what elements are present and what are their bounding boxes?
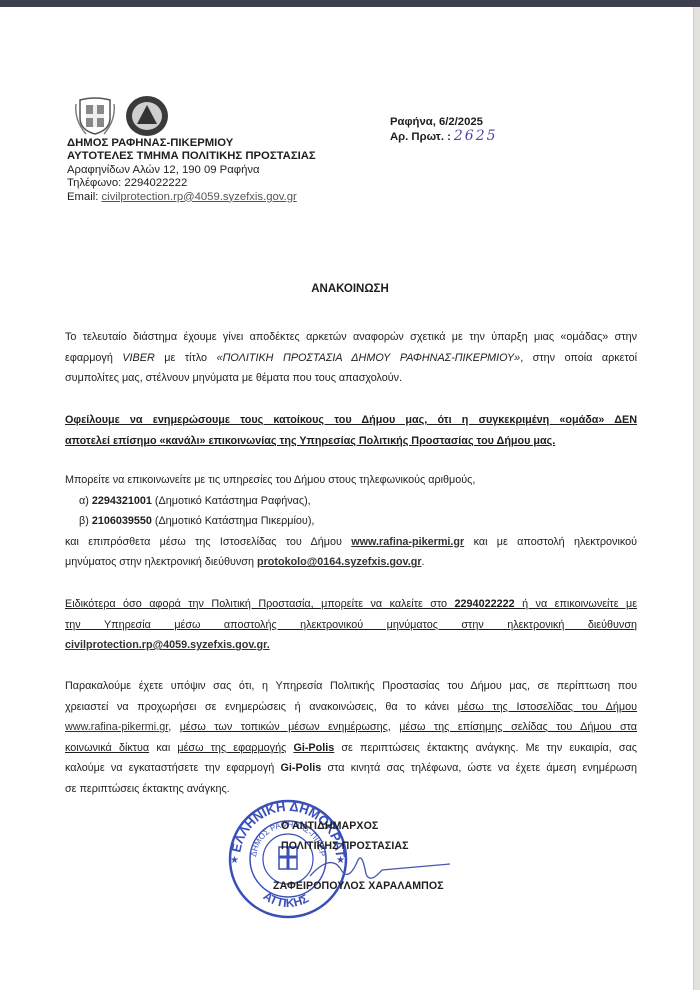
phone-pikermi: 2106039550 bbox=[92, 515, 152, 527]
item-prefix: α) bbox=[79, 495, 89, 507]
text: , bbox=[388, 721, 391, 733]
protocol-line: Αρ. Πρωτ. :2625 bbox=[390, 130, 498, 145]
text: και επιπρόσθετα μέσω της Ιστοσελίδας του… bbox=[65, 536, 342, 548]
protocol-email-link[interactable]: protokolo@0164.syzefxis.gov.gr bbox=[257, 556, 422, 568]
header-logos bbox=[72, 94, 170, 138]
p5-line-4: κοινωνικά δίκτυα και μέσω της εφαρμογής … bbox=[65, 738, 637, 759]
paragraph-viber-reports: Το τελευταίο διάστημα έχουμε γίνει αποδέ… bbox=[65, 327, 637, 389]
letterhead: ΔΗΜΟΣ ΡΑΦΗΝΑΣ-ΠΙΚΕΡΜΙΟΥ ΑΥΤΟΤΕΛΕΣ ΤΜΗΜΑ … bbox=[67, 137, 316, 204]
p3-line-5: μηνύματος στην ηλεκτρονική διεύθυνση pro… bbox=[65, 552, 637, 573]
p1-line-3: συμπολίτες μας, στέλνουν μηνύματα με θέμ… bbox=[65, 368, 637, 389]
p5-line-5: καλούμε να εγκαταστήσετε την εφαρμογή Gi… bbox=[65, 758, 637, 779]
phone-number: 2294022222 bbox=[124, 177, 187, 189]
document-title: ΑΝΑΚΟΙΝΩΣΗ bbox=[0, 283, 700, 295]
municipality-name: ΔΗΜΟΣ ΡΑΦΗΝΑΣ-ΠΙΚΕΡΜΙΟΥ bbox=[67, 137, 316, 150]
text: και με αποστολή ηλεκτρονικού bbox=[474, 536, 637, 548]
p3-intro: Μπορείτε να επικοινωνείτε με τις υπηρεσί… bbox=[65, 470, 637, 491]
email-link[interactable]: civilprotection.rp@4059.syzefxis.gov.gr bbox=[102, 191, 297, 203]
text: . bbox=[422, 556, 425, 568]
protocol-number-handwritten: 2625 bbox=[454, 128, 498, 144]
paragraph-contact-numbers: Μπορείτε να επικοινωνείτε με τις υπηρεσί… bbox=[65, 470, 637, 573]
department-name: ΑΥΤΟΤΕΛΕΣ ΤΜΗΜΑ ΠΟΛΙΤΙΚΗΣ ΠΡΟΣΤΑΣΙΑΣ bbox=[67, 150, 316, 163]
date-protocol-block: Ραφήνα, 6/2/2025 Αρ. Πρωτ. :2625 bbox=[390, 116, 498, 144]
p5-line-2: χρειαστεί να προχωρήσει σε ενημερώσεις ή… bbox=[65, 697, 637, 718]
svg-text:★: ★ bbox=[230, 855, 239, 866]
contact-item-pikermi: β) 2106039550 (Δημοτικό Κατάστημα Πικερμ… bbox=[65, 511, 637, 532]
website-link[interactable]: www.rafina-pikermi.gr bbox=[351, 536, 464, 548]
text: , bbox=[311, 598, 321, 610]
p5-line-3: www.rafina-pikermi.gr, μέσω των τοπικών … bbox=[65, 717, 637, 738]
item-desc: (Δημοτικό Κατάστημα Πικερμίου), bbox=[155, 515, 315, 527]
text: Ειδικότερα όσο αφορά την Πολιτική Προστα… bbox=[65, 598, 311, 610]
text: μέσω της επίσημης σελίδας του Δήμου στα bbox=[399, 721, 637, 733]
p4-line-1: Ειδικότερα όσο αφορά την Πολιτική Προστα… bbox=[65, 594, 637, 615]
p5-line-1: Παρακαλούμε έχετε υπόψιν σας ότι, η Υπηρ… bbox=[65, 676, 637, 697]
p5-line-6: σε περιπτώσεις έκτακτης ανάγκης. bbox=[65, 779, 637, 800]
signatory-role-1: Ο ΑΝΤΙΔΗΜΑΡΧΟΣ bbox=[281, 820, 378, 832]
civil-protection-phone: 2294022222 bbox=[455, 598, 515, 610]
text: ή να επικοινωνείτε με bbox=[522, 598, 637, 610]
viber-text: VIBER bbox=[122, 352, 154, 364]
signatory-name: ΖΑΦΕΙΡΟΠΟΥΛΟΣ ΧΑΡΑΛΑΜΠΟΣ bbox=[273, 880, 444, 892]
text: , bbox=[168, 721, 171, 733]
phone-rafina: 2294321001 bbox=[92, 495, 152, 507]
p1-line-2: εφαρμογή VIBER με τίτλο «ΠΟΛΙΤΙΚΗ ΠΡΟΣΤΑ… bbox=[65, 348, 637, 369]
protocol-label: Αρ. Πρωτ. : bbox=[390, 131, 451, 143]
p4-line-3: civilprotection.rp@4059.syzefxis.gov.gr. bbox=[65, 635, 637, 656]
text: μέσω των τοπικών μέσων ενημέρωσης bbox=[180, 721, 388, 733]
civil-protection-logo bbox=[124, 94, 170, 138]
text: στα κινητά σας τηλέφωνα, ώστε να έχετε ά… bbox=[327, 762, 637, 774]
text: κοινωνικά δίκτυα bbox=[65, 742, 149, 754]
phone-label: Τηλέφωνο: bbox=[67, 177, 121, 189]
greek-coat-of-arms-logo bbox=[72, 94, 118, 138]
svg-text:ΑΤΤΙΚΗΣ: ΑΤΤΙΚΗΣ bbox=[261, 889, 311, 910]
email-label: Email: bbox=[67, 191, 98, 203]
paragraph-official-channels: Παρακαλούμε έχετε υπόψιν σας ότι, η Υπηρ… bbox=[65, 676, 637, 800]
p2-line-1: Οφείλουμε να ενημερώσουμε τους κατοίκους… bbox=[65, 410, 637, 431]
text: μηνύματος στην ηλεκτρονική διεύθυνση bbox=[65, 556, 254, 568]
item-desc: (Δημοτικό Κατάστημα Ραφήνας), bbox=[155, 495, 311, 507]
text: σε περιπτώσεις έκτακτης ανάγκης. Με την … bbox=[341, 742, 637, 754]
email-line: Email: civilprotection.rp@4059.syzefxis.… bbox=[67, 191, 316, 204]
civil-protection-email-link[interactable]: civilprotection.rp@4059.syzefxis.gov.gr. bbox=[65, 639, 270, 651]
text: μέσω της Ιστοσελίδας του Δήμου bbox=[458, 701, 637, 713]
paragraph-civil-protection-contact: Ειδικότερα όσο αφορά την Πολιτική Προστα… bbox=[65, 594, 637, 656]
stamp-bottom-text: ΑΤΤΙΚΗΣ bbox=[261, 889, 311, 910]
p3-line-4: και επιπρόσθετα μέσω της Ιστοσελίδας του… bbox=[65, 532, 637, 553]
text: εφαρμογή bbox=[65, 352, 113, 364]
scanner-right-border bbox=[693, 7, 700, 990]
p1-line-1: Το τελευταίο διάστημα έχουμε γίνει αποδέ… bbox=[65, 327, 637, 348]
contact-item-rafina: α) 2294321001 (Δημοτικό Κατάστημα Ραφήνα… bbox=[65, 491, 637, 512]
text: μέσω της εφαρμογής bbox=[177, 742, 286, 754]
phone-line: Τηλέφωνο: 2294022222 bbox=[67, 177, 316, 190]
text: καλούμε να εγκαταστήσετε την εφαρμογή bbox=[65, 762, 274, 774]
website-link-2[interactable]: www.rafina-pikermi.gr bbox=[65, 721, 168, 733]
group-name: «ΠΟΛΙΤΙΚΗ ΠΡΟΣΤΑΣΙΑ ΔΗΜΟΥ ΡΑΦΗΝΑΣ-ΠΙΚΕΡΜ… bbox=[217, 352, 521, 364]
app-name: Gi-Polis bbox=[280, 762, 321, 774]
item-prefix: β) bbox=[79, 515, 89, 527]
paragraph-not-official-channel: Οφείλουμε να ενημερώσουμε τους κατοίκους… bbox=[65, 410, 637, 451]
text: μπορείτε να καλείτε στο bbox=[321, 598, 447, 610]
app-name: Gi-Polis bbox=[293, 742, 334, 754]
text: με τίτλο bbox=[164, 352, 207, 364]
scanner-top-border bbox=[0, 0, 700, 7]
text: και bbox=[156, 742, 170, 754]
address: Αραφηνίδων Αλών 12, 190 09 Ραφήνα bbox=[67, 164, 316, 177]
p4-line-2: την Υπηρεσία μέσω αποστολής ηλεκτρονικού… bbox=[65, 615, 637, 636]
p2-line-2: αποτελεί επίσημο «κανάλι» επικοινωνίας τ… bbox=[65, 431, 637, 452]
text: χρειαστεί να προχωρήσει σε ενημερώσεις ή… bbox=[65, 701, 449, 713]
text: , στην οποία αρκετοί bbox=[520, 352, 637, 364]
